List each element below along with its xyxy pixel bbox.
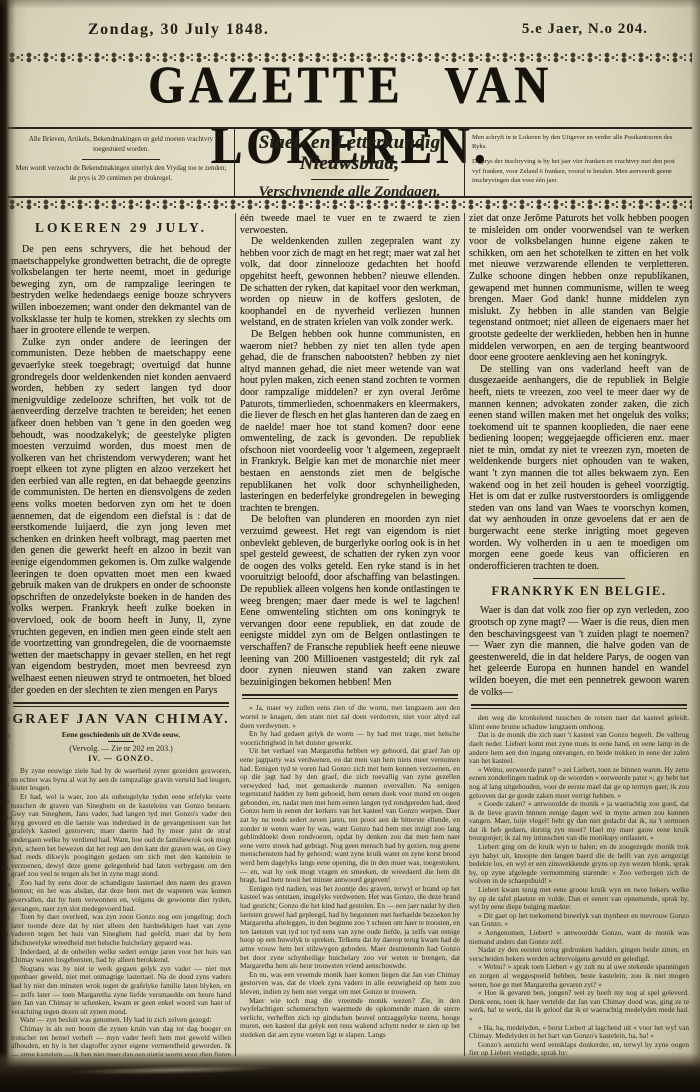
paragraph: Waer is dan dat volk zoo fier op zyn ver… bbox=[469, 605, 689, 698]
section-rule bbox=[471, 704, 687, 709]
column-left: LOKEREN 29 JULY. De pen eens schryvers, … bbox=[8, 213, 234, 1056]
article-text-col2: één tweede mael te vuer en te zwaerd te … bbox=[240, 213, 460, 688]
paragraph: Er had, wel is waer, zoo als onheugelyke… bbox=[11, 793, 231, 879]
feuilleton-chapter: IV. — GONZO. bbox=[11, 754, 231, 763]
paragraph: 14 bbox=[0, 646, 15, 663]
paragraph: 5 bbox=[0, 762, 15, 779]
feuilleton-text-col1: By zyne eeuwige ziele had hy de waerheid… bbox=[11, 767, 231, 1056]
section-rule bbox=[242, 694, 458, 699]
publication-frequency: Verschynende alle Zondagen. bbox=[242, 184, 457, 196]
paragraph: 90 bbox=[0, 679, 15, 696]
paragraph: Liebert kwam terug met eene groote kruik… bbox=[469, 886, 689, 912]
section-heading: FRANKRYK EN BELGIE. bbox=[469, 584, 689, 599]
divider bbox=[311, 179, 389, 180]
paragraph: En hy had gedaen gelyk de worm — hy had … bbox=[240, 730, 460, 747]
paragraph: Nadat zy den eersten terug gedronken had… bbox=[469, 946, 689, 963]
paragraph: 10 bbox=[0, 894, 15, 911]
paragraph: Eenigen tyd nadien, was het zoontje des … bbox=[240, 885, 460, 971]
paragraph: Inderdaed, al de onheilen welke sedert e… bbox=[11, 948, 231, 965]
paragraph: « Ha, ha, medelyden, » borst Liebert al … bbox=[469, 1024, 689, 1041]
paragraph: Nogtans was hy niet te werk gegaen gelyk… bbox=[11, 965, 231, 1017]
newspaper-subtitle: Staet- en Letterkundig Nieuwsblad, bbox=[242, 133, 457, 175]
article-text-col3: ziet dat onze Jerôme Paturots het volk h… bbox=[469, 213, 689, 572]
margin-bleedthrough-numbers: 514044140090ld.111175631140090d.101031 bbox=[0, 596, 15, 944]
feuilleton-text-col3: den weg die kronkelend tusschen de rotse… bbox=[469, 714, 689, 1056]
paragraph: d. bbox=[0, 861, 15, 878]
issue-date: Zondag, 30 July 1848. bbox=[88, 21, 269, 39]
paragraph: 114 bbox=[0, 811, 15, 828]
paragraph: De pen eens schryvers, die het behoud de… bbox=[11, 244, 231, 337]
paragraph: « Dit gaet op het toekomend huwelyk van … bbox=[469, 912, 689, 929]
paragraph: En nu, was een vreemde monik haer komen … bbox=[240, 971, 460, 997]
paragraph: De stelling van ons vaderland heeft van … bbox=[469, 364, 689, 573]
article-columns: LOKEREN 29 JULY. De pen eens schryvers, … bbox=[8, 213, 692, 1056]
paragraph: De Belgen hebben ook hunne communisten, … bbox=[240, 329, 460, 515]
paragraph: 90 bbox=[0, 844, 15, 861]
paragraph: 3 bbox=[0, 911, 15, 928]
divider bbox=[82, 159, 160, 160]
paragraph: Zoo had hy eens door de schandigste last… bbox=[11, 879, 231, 913]
column-right: ziet dat onze Jerôme Paturots het volk h… bbox=[466, 213, 692, 1056]
feuilleton-subtitle: Eene geschiedenis uit de XVde eeuw. bbox=[11, 730, 231, 739]
paragraph: Dat is de monik die zich naer 't kasteel… bbox=[469, 731, 689, 765]
paragraph: 10 bbox=[0, 878, 15, 895]
feuilleton-continuation: (Vervolg. — Zie nr 202 en 203.) bbox=[11, 744, 231, 753]
paragraph: « Aengenomen, Liebert! » antwoordde Gonz… bbox=[469, 929, 689, 946]
paragraph: Zulke zyn onder andere de leeringen der … bbox=[11, 337, 231, 696]
paragraph: 1 bbox=[0, 927, 15, 944]
paragraph: De beloften van plunderen en moorden zyn… bbox=[240, 514, 460, 688]
paragraph: By zyne eeuwige ziele had hy de waerheid… bbox=[11, 767, 231, 793]
paragraph: Uit het verhael van Margaretha hebben wy… bbox=[240, 747, 460, 885]
paragraph: 6 bbox=[0, 778, 15, 795]
paragraph: 7 bbox=[0, 745, 15, 762]
paragraph: den weg die kronkelend tusschen de rotse… bbox=[469, 714, 689, 731]
scan-edge-top bbox=[0, 0, 700, 9]
paragraph: 11 bbox=[0, 712, 15, 729]
section-rule bbox=[13, 702, 229, 707]
paragraph: Maer wie toch mag die vreemde monik weze… bbox=[240, 997, 460, 1040]
paragraph: 00 bbox=[0, 828, 15, 845]
article-heading: LOKEREN 29 JULY. bbox=[11, 220, 231, 236]
divider bbox=[108, 741, 134, 742]
paragraph: ziet dat onze Jerôme Paturots het volk h… bbox=[469, 213, 689, 364]
paragraph: « Welnu, eerweerde pater? » zei Liebert,… bbox=[469, 766, 689, 800]
paragraph: Liebert ging om de kruik wyn te halen; e… bbox=[469, 843, 689, 886]
divider bbox=[533, 578, 625, 579]
issue-number: 5.e Jaer, N.o 204. bbox=[522, 21, 648, 38]
submission-notice: Alle Brieven, Artikels, Bekendmakingen e… bbox=[15, 135, 227, 155]
paragraph: De weldenkenden zullen zegepralen want z… bbox=[240, 236, 460, 329]
article-text-col1: De pen eens schryvers, die het behoud de… bbox=[11, 244, 231, 696]
paragraph: « Ja, maer wy zullen eens zien of die wo… bbox=[240, 704, 460, 730]
paragraph: 51 bbox=[0, 596, 15, 613]
ornament-border-bottom bbox=[8, 199, 692, 210]
banner-subtitle-box: Staet- en Letterkundig Nieuwsblad, Versc… bbox=[234, 129, 465, 196]
feuilleton-title: GRAEF JAN VAN CHIMAY. bbox=[11, 712, 231, 728]
paragraph: « Hoe ik gevaren ben, jongen? wel zy hee… bbox=[469, 989, 689, 1023]
paragraph: één tweede mael te vuer en te zwaerd te … bbox=[240, 213, 460, 236]
paragraph: ld. bbox=[0, 695, 15, 712]
masthead-banner: Alle Brieven, Artikels, Bekendmakingen e… bbox=[8, 127, 692, 198]
banner-right-notices: Men schryft in te Lokeren by den Uitgeve… bbox=[465, 129, 692, 196]
paragraph: 11 bbox=[0, 729, 15, 746]
scan-edge-right bbox=[690, 0, 700, 1092]
column-rule bbox=[464, 213, 465, 1056]
subscription-price-notice: De prys der inschryving is by het jaer v… bbox=[472, 157, 685, 185]
paragraph: « Welnu? » sprak toen Liebert « gy zult … bbox=[469, 963, 689, 989]
column-rule bbox=[235, 213, 236, 1056]
subscription-notice: Men schryft in te Lokeren by den Uitgeve… bbox=[472, 133, 685, 151]
paragraph: 00 bbox=[0, 662, 15, 679]
feuilleton-header: GRAEF JAN VAN CHIMAY. Eene geschiedenis … bbox=[11, 712, 231, 763]
paragraph: 40 bbox=[0, 613, 15, 630]
advert-price-notice: Men wordt verzocht de Bekendmakingen uit… bbox=[15, 164, 227, 184]
feuilleton-text-col2: « Ja, maer wy zullen eens zien of die wo… bbox=[240, 704, 460, 1039]
newspaper-page: Zondag, 30 July 1848. 5.e Jaer, N.o 204.… bbox=[0, 0, 700, 1092]
section-text-col3: Waer is dan dat volk zoo fier op zyn ver… bbox=[469, 605, 689, 698]
paragraph: 3 bbox=[0, 795, 15, 812]
paragraph: « Goede zaken? » antwoordde de monik « j… bbox=[469, 800, 689, 843]
banner-left-notices: Alle Brieven, Artikels, Bekendmakingen e… bbox=[8, 129, 234, 196]
column-middle: één tweede mael te vuer en te zwaerd te … bbox=[237, 213, 463, 1056]
paragraph: Toen hy daer overleed, was zyn zoon Gonz… bbox=[11, 913, 231, 947]
paragraph: 44 bbox=[0, 629, 15, 646]
